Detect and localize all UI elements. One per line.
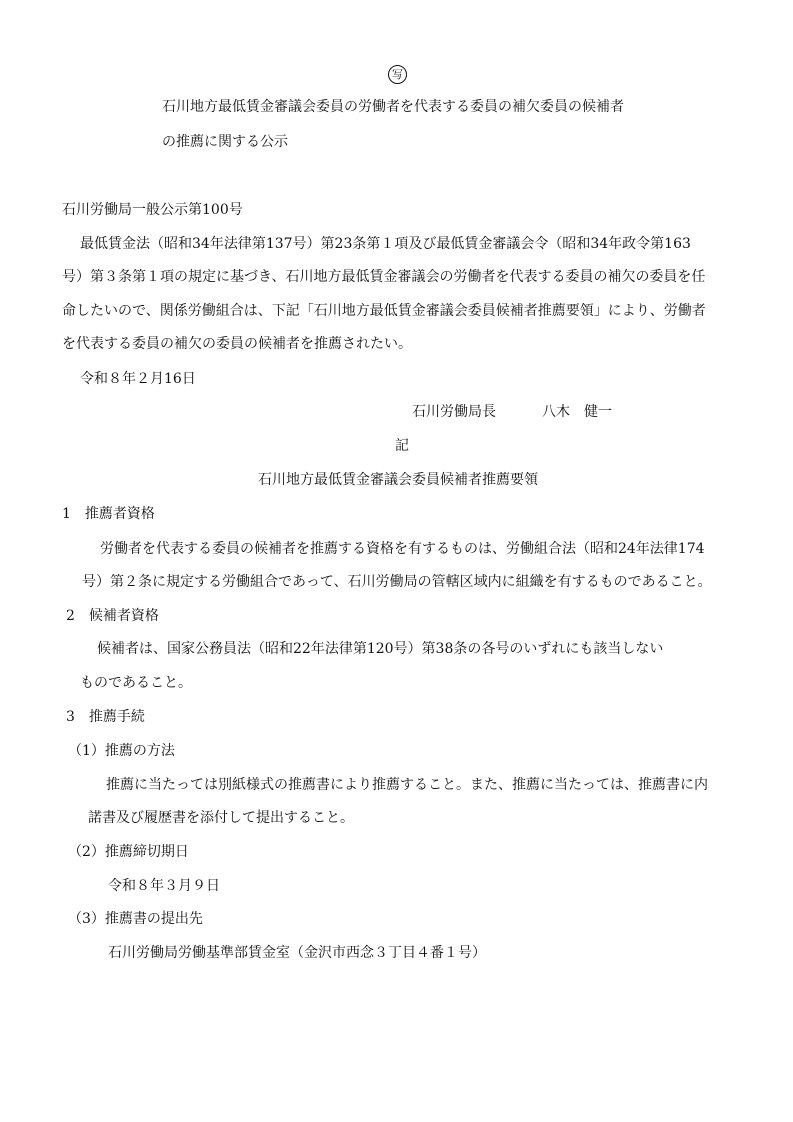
ki-marker: 記 xyxy=(395,437,409,455)
signature-name: 八木 健一 xyxy=(542,403,612,421)
title-line-1: 石川地方最低賃金審議会委員の労働者を代表する委員の補欠委員の候補者 xyxy=(162,98,624,116)
guideline-title: 石川地方最低賃金審議会委員候補者推薦要領 xyxy=(258,471,538,489)
section-3-2-heading: （2）推薦締切期日 xyxy=(68,843,189,861)
signature-office: 石川労働局長 xyxy=(412,403,496,421)
section-2-line-2: ものであること。 xyxy=(80,674,192,692)
section-1-heading: 1 推薦者資格 xyxy=(62,505,155,523)
body-line-1: 最低賃金法（昭和34年法律第137号）第23条第１項及び最低賃金審議会令（昭和3… xyxy=(80,235,691,253)
section-1-line-2: 号）第２条に規定する労働組合であって、石川労働局の管轄区域内に組織を有するもので… xyxy=(82,573,712,591)
section-3-heading: 3 推薦手続 xyxy=(66,708,145,726)
body-line-4: を代表する委員の補欠の委員の候補者を推薦されたい。 xyxy=(62,335,412,353)
body-line-3: 命したいので、関係労働組合は、下記「石川地方最低賃金審議会委員候補者推薦要領」に… xyxy=(62,302,706,320)
notice-date: 令和８年２月16日 xyxy=(80,370,196,388)
body-line-2: 号）第３条第１項の規定に基づき、石川地方最低賃金審議会の労働者を代表する委員の補… xyxy=(62,268,705,286)
section-3-3-heading: （3）推薦書の提出先 xyxy=(68,910,203,928)
section-2-heading: 2 候補者資格 xyxy=(66,607,159,625)
section-3-2-value: 令和８年３月９日 xyxy=(108,877,220,895)
section-2-line-1: 候補者は、国家公務員法（昭和22年法律第120号）第38条の各号のいずれにも該当… xyxy=(97,640,663,658)
copy-stamp-icon: 写 xyxy=(388,65,407,84)
section-3-1-heading: （1）推薦の方法 xyxy=(68,742,175,760)
section-3-3-value: 石川労働局労働基準部賃金室（金沢市西念３丁目４番１号） xyxy=(108,944,486,962)
title-line-2: の推薦に関する公示 xyxy=(162,133,288,151)
section-1-line-1: 労働者を代表する委員の候補者を推薦する資格を有するものは、労働組合法（昭和24年… xyxy=(100,540,705,558)
section-3-1-line-2: 諾書及び履歴書を添付して提出すること。 xyxy=(88,809,354,827)
notice-number: 石川労働局一般公示第100号 xyxy=(62,201,243,219)
section-3-1-line-1: 推薦に当たっては別紙様式の推薦書により推薦すること。また、推薦に当たっては、推薦… xyxy=(106,776,708,794)
